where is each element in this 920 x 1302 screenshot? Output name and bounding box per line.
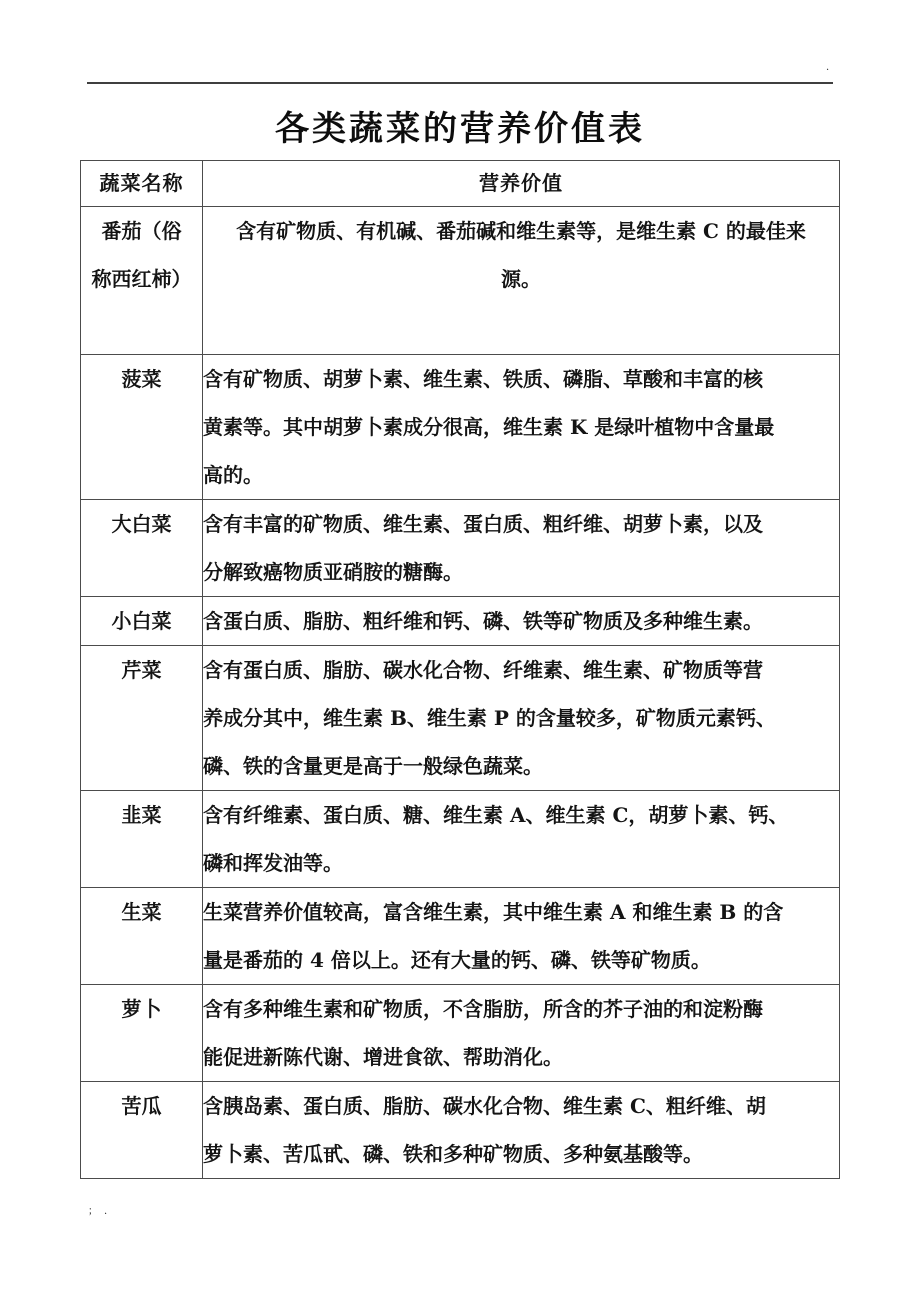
nutrition-value-cell: 含有多种维生素和矿物质，不含脂肪，所含的芥子油的和淀粉酶 能促进新陈代谢、增进食… — [203, 985, 840, 1082]
vegetable-name-cell: 韭菜 — [81, 791, 203, 888]
table-row-bitter-melon: 苦瓜 含胰岛素、蛋白质、脂肪、碳水化合物、维生素 C、粗纤维、胡 萝卜素、苦瓜甙… — [81, 1082, 840, 1179]
table-row-bok-choy: 小白菜 含蛋白质、脂肪、粗纤维和钙、磷、铁等矿物质及多种维生素。 — [81, 597, 840, 646]
vegetable-name-cell: 小白菜 — [81, 597, 203, 646]
footer-marks: ；. — [88, 1206, 113, 1218]
nutrition-value-cell: 含有纤维素、蛋白质、糖、维生素 A、维生素 C，胡萝卜素、钙、 磷和挥发油等。 — [203, 791, 840, 888]
table-row-celery: 芹菜 含有蛋白质、脂肪、碳水化合物、纤维素、维生素、矿物质等营 养成分其中，维生… — [81, 646, 840, 791]
page-title: 各类蔬菜的营养价值表 — [0, 101, 920, 150]
nutrition-value-cell: 含蛋白质、脂肪、粗纤维和钙、磷、铁等矿物质及多种维生素。 — [203, 597, 840, 646]
vegetable-name-cell: 菠菜 — [81, 355, 203, 500]
col-header-vegetable-name: 蔬菜名称 — [81, 161, 203, 207]
vegetable-nutrition-table: 蔬菜名称 营养价值 番茄（俗 称西红柿） 含有矿物质、有机碱、番茄碱和维生素等，… — [80, 160, 840, 1179]
page-header-rule — [87, 82, 833, 84]
vegetable-name-cell: 萝卜 — [81, 985, 203, 1082]
table-header-row: 蔬菜名称 营养价值 — [81, 161, 840, 207]
table-row-radish: 萝卜 含有多种维生素和矿物质，不含脂肪，所含的芥子油的和淀粉酶 能促进新陈代谢、… — [81, 985, 840, 1082]
nutrition-value-cell: 含有矿物质、胡萝卜素、维生素、铁质、磷脂、草酸和丰富的核 黄素等。其中胡萝卜素成… — [203, 355, 840, 500]
vegetable-name-cell: 大白菜 — [81, 500, 203, 597]
footer-semicolon-mark: ； — [88, 1206, 104, 1217]
vegetable-name-cell: 苦瓜 — [81, 1082, 203, 1179]
vegetable-name-cell: 番茄（俗 称西红柿） — [81, 207, 203, 355]
nutrition-value-cell: 含有蛋白质、脂肪、碳水化合物、纤维素、维生素、矿物质等营 养成分其中，维生素 B… — [203, 646, 840, 791]
nutrition-value-cell: 含有矿物质、有机碱、番茄碱和维生素等，是维生素 C 的最佳来 源。 — [203, 207, 840, 355]
nutrition-value-cell: 含有丰富的矿物质、维生素、蛋白质、粗纤维、胡萝卜素，以及 分解致癌物质亚硝胺的糖… — [203, 500, 840, 597]
nutrition-value-cell: 生菜营养价值较高，富含维生素，其中维生素 A 和维生素 B 的含 量是番茄的 4… — [203, 888, 840, 985]
table-row-chives: 韭菜 含有纤维素、蛋白质、糖、维生素 A、维生素 C，胡萝卜素、钙、 磷和挥发油… — [81, 791, 840, 888]
col-header-nutrition-value: 营养价值 — [203, 161, 840, 207]
document-page: · 各类蔬菜的营养价值表 蔬菜名称 营养价值 番茄（俗 称西红柿） 含有矿物质、… — [0, 0, 920, 1302]
table-row-spinach: 菠菜 含有矿物质、胡萝卜素、维生素、铁质、磷脂、草酸和丰富的核 黄素等。其中胡萝… — [81, 355, 840, 500]
table-row-tomato: 番茄（俗 称西红柿） 含有矿物质、有机碱、番茄碱和维生素等，是维生素 C 的最佳… — [81, 207, 840, 355]
nutrition-value-cell: 含胰岛素、蛋白质、脂肪、碳水化合物、维生素 C、粗纤维、胡 萝卜素、苦瓜甙、磷、… — [203, 1082, 840, 1179]
footer-dot-mark: . — [104, 1206, 113, 1217]
vegetable-name-cell: 生菜 — [81, 888, 203, 985]
table-row-chinese-cabbage: 大白菜 含有丰富的矿物质、维生素、蛋白质、粗纤维、胡萝卜素，以及 分解致癌物质亚… — [81, 500, 840, 597]
table-row-lettuce: 生菜 生菜营养价值较高，富含维生素，其中维生素 A 和维生素 B 的含 量是番茄… — [81, 888, 840, 985]
stray-dot-mark: · — [826, 66, 829, 76]
vegetable-name-cell: 芹菜 — [81, 646, 203, 791]
